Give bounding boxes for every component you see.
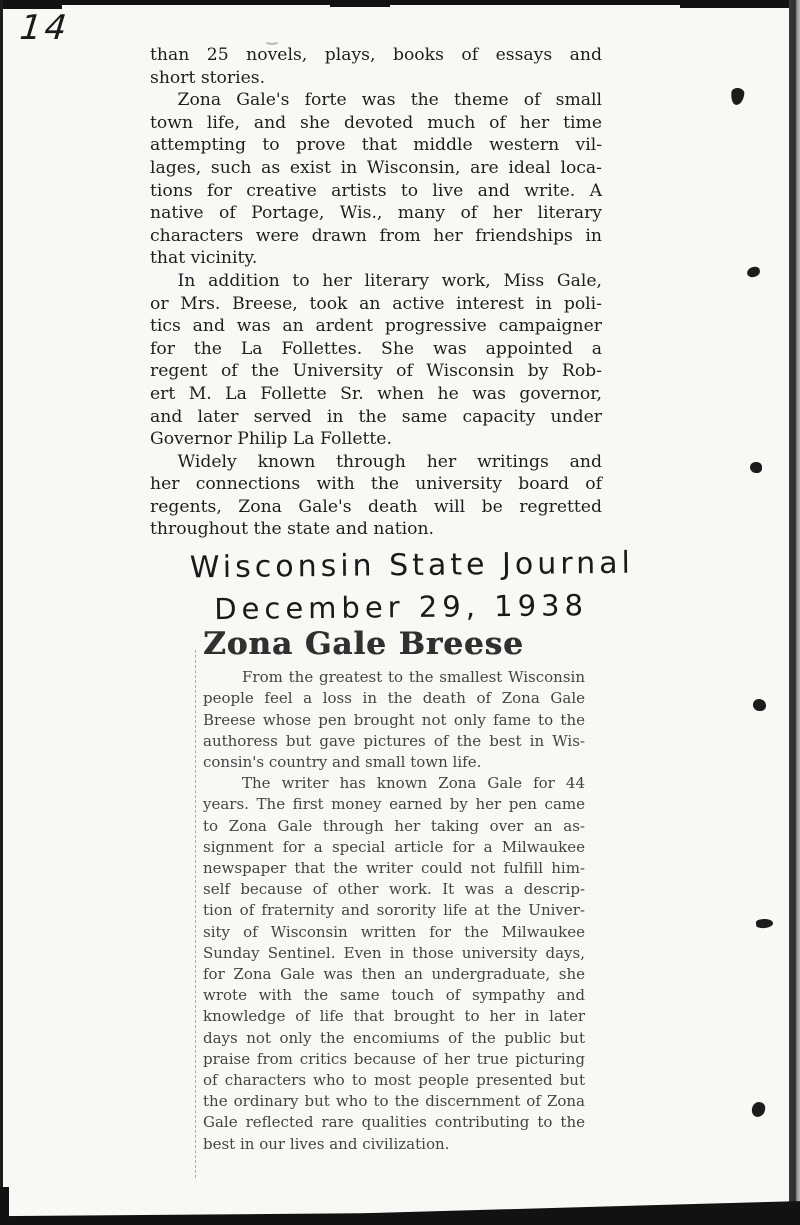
handwritten-source-name: Wisconsin State Journal: [190, 546, 634, 586]
scan-edge-bottom: [0, 1199, 800, 1225]
handwritten-source-note: Wisconsin State Journal December 29, 193…: [190, 546, 635, 627]
handwritten-date: December 29, 1938: [214, 588, 634, 626]
newspaper-clipping-editorial: Zona Gale Breese From the greatest to th…: [203, 634, 585, 1155]
ink-blot-icon: [746, 266, 761, 278]
clipping1-paragraph: Widely known through her writings andher…: [150, 451, 602, 541]
scan-edge-left: [0, 0, 3, 1225]
ink-blot-icon: [753, 699, 766, 711]
clipping1-paragraph: Zona Gale's forte was the theme of small…: [150, 89, 602, 270]
clipping2-paragraph: From the greatest to the smallest Wiscon…: [203, 667, 585, 773]
scan-edge-right: [789, 0, 800, 1225]
ink-blot-icon: [750, 462, 762, 473]
ink-blot-icon: [730, 87, 745, 105]
clipping1-paragraph: than 25 novels, plays, books of essays a…: [150, 44, 602, 89]
clipping2-paragraph: The writer has known Zona Gale for 44yea…: [203, 773, 585, 1155]
scan-edge-bottom-left: [0, 1187, 9, 1225]
clipping-torn-edge-line: [195, 650, 196, 1178]
clipping1-paragraph: In addition to her literary work, Miss G…: [150, 270, 602, 451]
newspaper-clipping-obituary: than 25 novels, plays, books of essays a…: [150, 44, 602, 541]
scan-edge-top-mid: [330, 0, 390, 7]
scan-edge-top-right: [680, 0, 800, 8]
ink-blot-icon: [756, 918, 774, 928]
ink-blot-icon: [751, 1101, 766, 1118]
page-number: 14: [18, 8, 71, 48]
scrapbook-page: 14 than 25 novels, plays, books of essay…: [0, 0, 800, 1225]
clipping-headline: Zona Gale Breese: [203, 634, 585, 655]
